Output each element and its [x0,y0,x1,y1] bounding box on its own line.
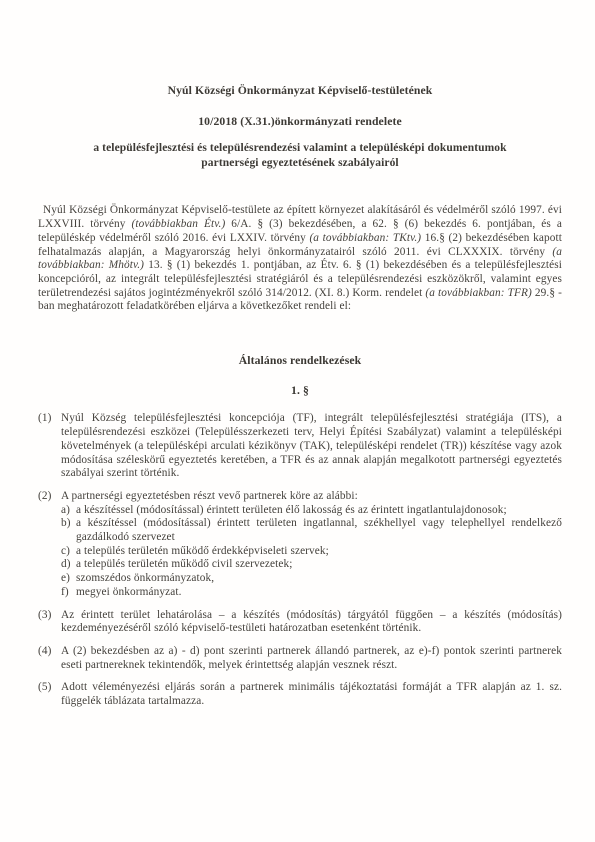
list-item-b-label: b) [61,517,76,544]
regulation-number: 10/2018 (X.31.)önkormányzati rendelete [38,115,562,129]
paragraph-3: (3) Az érintett terület lehatárolása – a… [38,609,562,636]
list-item-b-text: a készítéssel (módosítással) érintett te… [76,517,562,544]
list-item-c: c) a település területén működő érdekkép… [61,545,562,559]
list-item-a: a) a készítéssel (módosítással) érintett… [61,504,562,518]
paragraph-1: (1) Nyúl Község településfejlesztési kon… [38,412,562,481]
list-item-d-text: a település területén működő civil szerv… [76,558,562,572]
preamble-paragraph: Nyúl Községi Önkormányzat Képviselő-test… [38,204,562,314]
paragraph-5: (5) Adott véleményezési eljárás során a … [38,681,562,708]
paragraph-4-number: (4) [38,645,61,672]
list-item-d: d) a település területén működő civil sz… [61,558,562,572]
section-heading: Általános rendelkezések [38,354,562,368]
list-item-f-text: megyei önkormányzat. [76,586,562,600]
paragraph-1-number: (1) [38,412,61,481]
list-item-f: f) megyei önkormányzat. [61,586,562,600]
paragraph-2-number: (2) [38,490,61,600]
document-title: Nyúl Községi Önkormányzat Képviselő-test… [38,84,562,98]
paragraph-1-text: Nyúl Község településfejlesztési koncepc… [61,412,562,481]
paragraph-4: (4) A (2) bekezdésben az a) - d) pont sz… [38,645,562,672]
paragraph-3-text: Az érintett terület lehatárolása – a kés… [61,609,562,636]
paragraph-3-number: (3) [38,609,61,636]
list-item-c-label: c) [61,545,76,559]
list-item-b: b) a készítéssel (módosítással) érintett… [61,517,562,544]
list-item-e: e) szomszédos önkormányzatok, [61,572,562,586]
list-item-f-label: f) [61,586,76,600]
list-item-a-label: a) [61,504,76,518]
section-number: 1. § [38,384,562,398]
list-item-c-text: a település területén működő érdekképvis… [76,545,562,559]
paragraph-2: (2) A partnerségi egyeztetésben részt ve… [38,490,562,600]
regulation-subject: a településfejlesztési és településrende… [72,141,528,171]
paragraph-4-text: A (2) bekezdésben az a) - d) pont szerin… [61,645,562,672]
list-item-d-label: d) [61,558,76,572]
document-page: Nyúl Községi Önkormányzat Képviselő-test… [0,0,595,842]
preamble-abbrev-tktv: (a továbbiakban: TKtv.) [309,232,421,244]
list-item-a-text: a készítéssel (módosítással) érintett te… [76,504,562,518]
paragraph-5-number: (5) [38,681,61,708]
preamble-abbrev-etv: (továbbiakban Étv.) [131,218,225,230]
list-item-e-label: e) [61,572,76,586]
paragraph-5-text: Adott véleményezési eljárás során a part… [61,681,562,708]
paragraph-2-lead: A partnerségi egyeztetésben részt vevő p… [61,490,562,504]
list-item-e-text: szomszédos önkormányzatok, [76,572,562,586]
preamble-abbrev-tfr: (a továbbiakban: TFR) [425,287,532,299]
